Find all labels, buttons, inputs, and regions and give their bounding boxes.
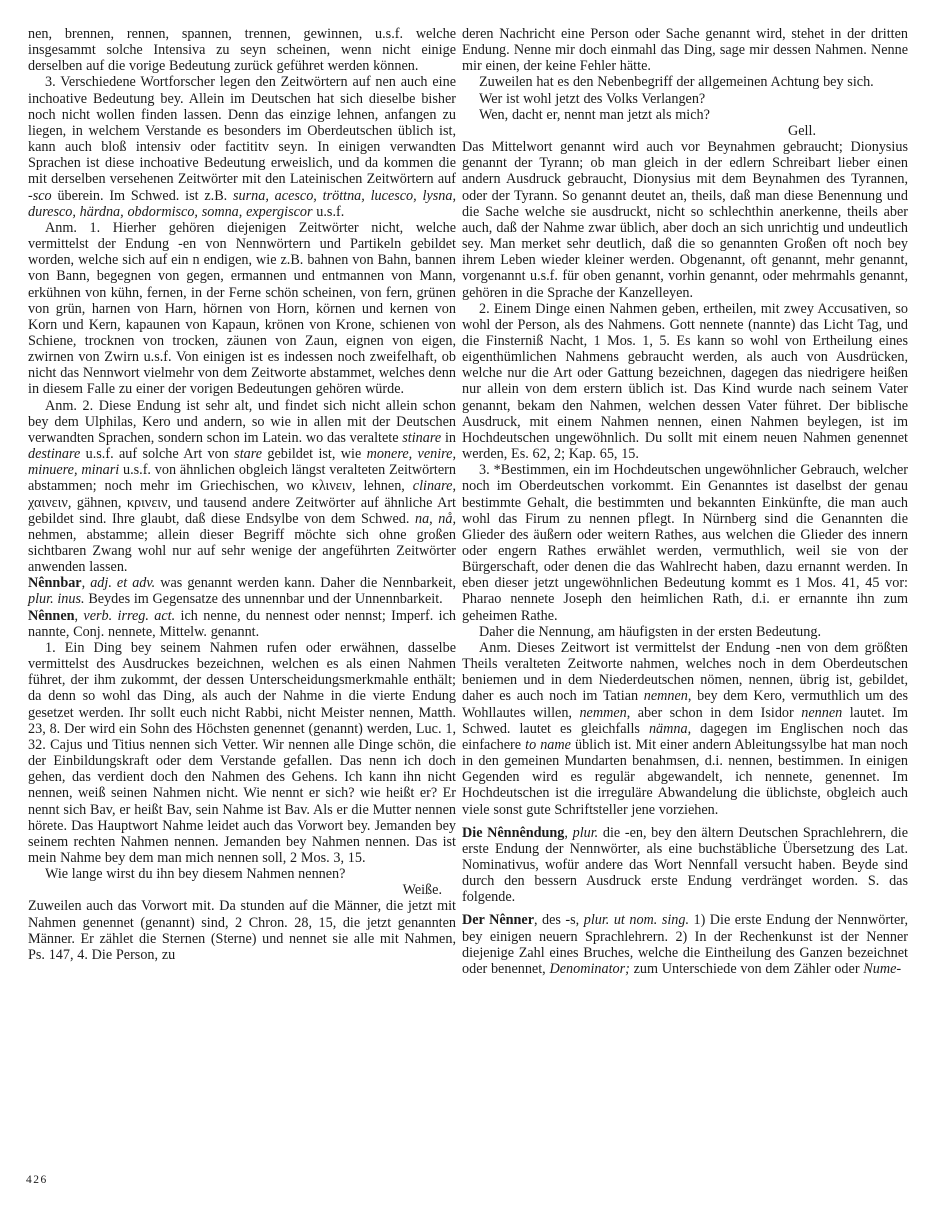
text-run: Anm. 2. Diese Endung ist sehr alt, und f… bbox=[28, 398, 456, 446]
text-run: , aber schon in dem Isidor bbox=[627, 705, 802, 721]
headword: Nênnen bbox=[28, 608, 75, 624]
paragraph: Daher die Nennung, am häufigsten in der … bbox=[462, 624, 908, 640]
paragraph: Das Mittelwort genannt wird auch vor Bey… bbox=[462, 139, 908, 301]
text-run: nemnen bbox=[644, 688, 688, 704]
dictionary-entry: Nênnen, verb. irreg. act. ich nenne, du … bbox=[28, 608, 456, 640]
text-run: Wer ist wohl jetzt des Volks Verlangen? bbox=[479, 91, 705, 107]
page-number: 426 bbox=[26, 1174, 48, 1186]
text-run: was genannt werden kann. Daher die Nennb… bbox=[155, 575, 456, 591]
headword: Die Nênnêndung bbox=[462, 825, 564, 841]
paragraph: Zuweilen auch das Vorwort mit. Da stunde… bbox=[28, 898, 456, 963]
text-run: plur. bbox=[573, 825, 599, 841]
text-run: to name bbox=[525, 737, 571, 753]
text-run: 2. Einem Dinge einen Nahmen geben, erthe… bbox=[462, 301, 908, 462]
text-run: Anm. 1. Hierher gehören diejenigen Zeitw… bbox=[28, 220, 456, 398]
verse-attribution: Weiße. bbox=[28, 882, 456, 898]
paragraph: Zuweilen hat es den Nebenbegriff der all… bbox=[462, 74, 908, 90]
paragraph: Anm. Dieses Zeitwort ist vermittelst der… bbox=[462, 640, 908, 818]
text-run: 3. *Bestimmen, ein im Hochdeutschen unge… bbox=[462, 462, 908, 623]
text-run: stinare bbox=[402, 430, 441, 446]
text-run: Zuweilen hat es den Nebenbegriff der all… bbox=[479, 74, 874, 90]
text-run: u.s.f. auf solche Art von bbox=[80, 446, 234, 462]
two-column-text-layout: nen, brennen, rennen, spannen, trennen, … bbox=[28, 26, 908, 977]
verse-line: Wer ist wohl jetzt des Volks Verlangen? bbox=[462, 91, 908, 107]
text-run: plur. inus. bbox=[28, 591, 85, 607]
text-run: Nume- bbox=[863, 961, 901, 977]
text-run: nämna bbox=[649, 721, 688, 737]
text-run: nemmen bbox=[579, 705, 626, 721]
verse-line: Wie lange wirst du ihn bey diesem Nahmen… bbox=[28, 866, 456, 882]
text-run: Weiße. bbox=[403, 882, 442, 898]
text-column-right: deren Nachricht eine Person oder Sache g… bbox=[462, 26, 908, 977]
text-run: in bbox=[441, 430, 456, 446]
paragraph: 1. Ein Ding bey seinem Nahmen rufen oder… bbox=[28, 640, 456, 866]
text-run: , des -s, bbox=[534, 912, 584, 928]
text-run: nennen bbox=[801, 705, 842, 721]
text-run: , bbox=[564, 825, 572, 841]
text-run: überein. Im Schwed. ist z.B. bbox=[52, 188, 233, 204]
text-run: Daher die Nennung, am häufigsten in der … bbox=[479, 624, 821, 640]
text-run: u.s.f. bbox=[313, 204, 345, 220]
text-run: 3. Verschiedene Wortforscher legen den Z… bbox=[28, 74, 456, 187]
text-run: Wie lange wirst du ihn bey diesem Nahmen… bbox=[45, 866, 345, 882]
text-run: na, nå, bbox=[415, 511, 456, 527]
text-run: adj. et adv. bbox=[90, 575, 155, 591]
paragraph: 3. Verschiedene Wortforscher legen den Z… bbox=[28, 74, 456, 219]
paragraph: 2. Einem Dinge einen Nahmen geben, erthe… bbox=[462, 301, 908, 463]
text-run: Das Mittelwort genannt wird auch vor Bey… bbox=[462, 139, 908, 300]
text-run: Wen, dacht er, nennt man jetzt als mich? bbox=[479, 107, 710, 123]
text-run: clinare bbox=[413, 478, 453, 494]
text-run: destinare bbox=[28, 446, 80, 462]
text-run: nen, brennen, rennen, spannen, trennen, … bbox=[28, 26, 456, 74]
paragraph: Anm. 2. Diese Endung ist sehr alt, und f… bbox=[28, 398, 456, 576]
text-run: Zuweilen auch das Vorwort mit. Da stunde… bbox=[28, 898, 456, 962]
text-column-left: nen, brennen, rennen, spannen, trennen, … bbox=[28, 26, 456, 977]
text-run: verb. irreg. act. bbox=[83, 608, 175, 624]
headword: Der Nênner bbox=[462, 912, 534, 928]
text-run: zum Unterschiede von dem Zähler oder bbox=[630, 961, 863, 977]
text-run: gebildet ist, wie bbox=[262, 446, 367, 462]
text-run: Beydes im Gegensatze des unnennbar und d… bbox=[85, 591, 443, 607]
dictionary-entry: Nênnbar, adj. et adv. was genannt werden… bbox=[28, 575, 456, 607]
text-run: Denominator; bbox=[549, 961, 629, 977]
text-run: deren Nachricht eine Person oder Sache g… bbox=[462, 26, 908, 74]
headword: Nênnbar bbox=[28, 575, 82, 591]
dictionary-entry: Die Nênnêndung, plur. die -en, bey den ä… bbox=[462, 825, 908, 906]
text-run: -sco bbox=[28, 188, 52, 204]
verse-line: Wen, dacht er, nennt man jetzt als mich? bbox=[462, 107, 908, 123]
text-run: nehmen, abstamme; allein dieser Begriff … bbox=[28, 527, 456, 575]
text-run: , bbox=[82, 575, 91, 591]
text-run: stare bbox=[234, 446, 262, 462]
dictionary-page: nen, brennen, rennen, spannen, trennen, … bbox=[0, 0, 935, 1210]
paragraph: 3. *Bestimmen, ein im Hochdeutschen unge… bbox=[462, 462, 908, 624]
paragraph: Anm. 1. Hierher gehören diejenigen Zeitw… bbox=[28, 220, 456, 398]
verse-attribution: Gell. bbox=[462, 123, 908, 139]
text-run: 1. Ein Ding bey seinem Nahmen rufen oder… bbox=[28, 640, 456, 866]
text-run: plur. ut nom. sing. bbox=[584, 912, 689, 928]
paragraph: deren Nachricht eine Person oder Sache g… bbox=[462, 26, 908, 74]
text-run: Gell. bbox=[788, 123, 816, 139]
paragraph: nen, brennen, rennen, spannen, trennen, … bbox=[28, 26, 456, 74]
dictionary-entry: Der Nênner, des -s, plur. ut nom. sing. … bbox=[462, 912, 908, 977]
